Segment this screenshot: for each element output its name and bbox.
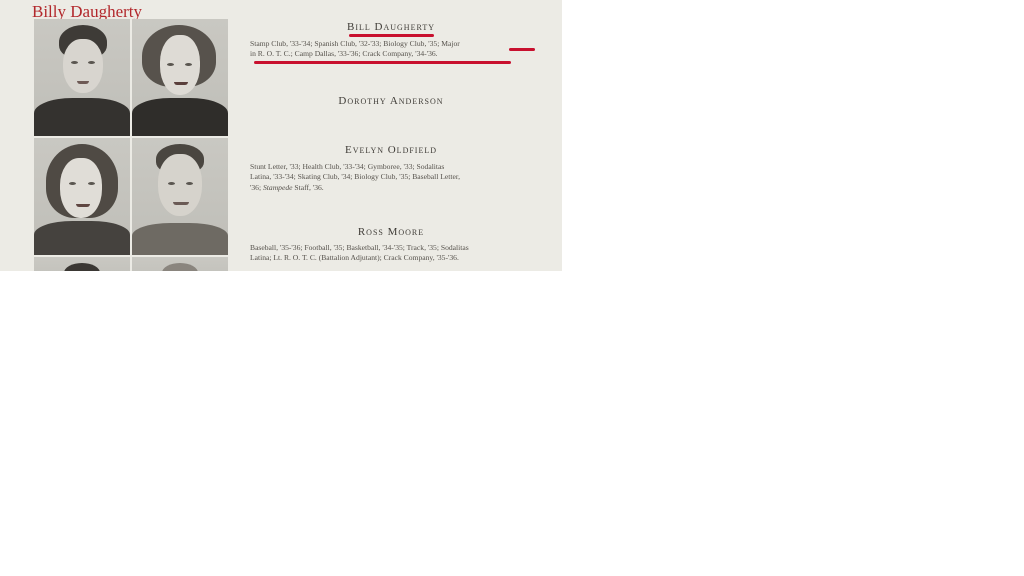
entry-name-dorothy-anderson: Dorothy Anderson — [250, 95, 532, 107]
portrait-dorothy-anderson — [132, 19, 228, 136]
publication-title: Stampede — [263, 183, 293, 192]
entry-activities-evelyn-oldfield: Stunt Letter, '33; Health Club, '33-'34;… — [250, 162, 532, 193]
entry-activities-bill-daugherty: Stamp Club, '33-'34; Spanish Club, '32-'… — [250, 39, 532, 60]
portrait-cropped-right — [132, 257, 228, 271]
entry-name-evelyn-oldfield: Evelyn Oldfield — [250, 144, 532, 156]
entry-activities-ross-moore: Baseball, '35-'36; Football, '35; Basket… — [250, 243, 532, 264]
portrait-grid — [34, 19, 228, 271]
annotation-underline-activities — [254, 61, 511, 64]
entry-name-ross-moore: Ross Moore — [250, 226, 532, 238]
portrait-cropped-left — [34, 257, 130, 271]
activities-line: Latina, '33-'34; Skating Club, '34; Biol… — [250, 172, 532, 182]
activities-line: in R. O. T. C.; Camp Dallas, '33-'36; Cr… — [250, 49, 532, 59]
portrait-bill-daugherty — [34, 19, 130, 136]
activities-line: Stamp Club, '33-'34; Spanish Club, '32-'… — [250, 39, 532, 49]
activities-line: '36; Stampede Staff, '36. — [250, 183, 532, 193]
activities-line: Baseball, '35-'36; Football, '35; Basket… — [250, 243, 532, 253]
annotation-underline-major — [509, 48, 535, 51]
portrait-ross-moore — [132, 138, 228, 255]
entry-name-bill-daugherty: Bill Daugherty — [250, 21, 532, 33]
yearbook-scan: Billy Daugherty — [0, 0, 562, 271]
activities-line: Stunt Letter, '33; Health Club, '33-'34;… — [250, 162, 532, 172]
activities-line: Latina; Lt. R. O. T. C. (Battalion Adjut… — [250, 253, 532, 263]
annotation-underline-name — [349, 34, 434, 37]
portrait-evelyn-oldfield — [34, 138, 130, 255]
